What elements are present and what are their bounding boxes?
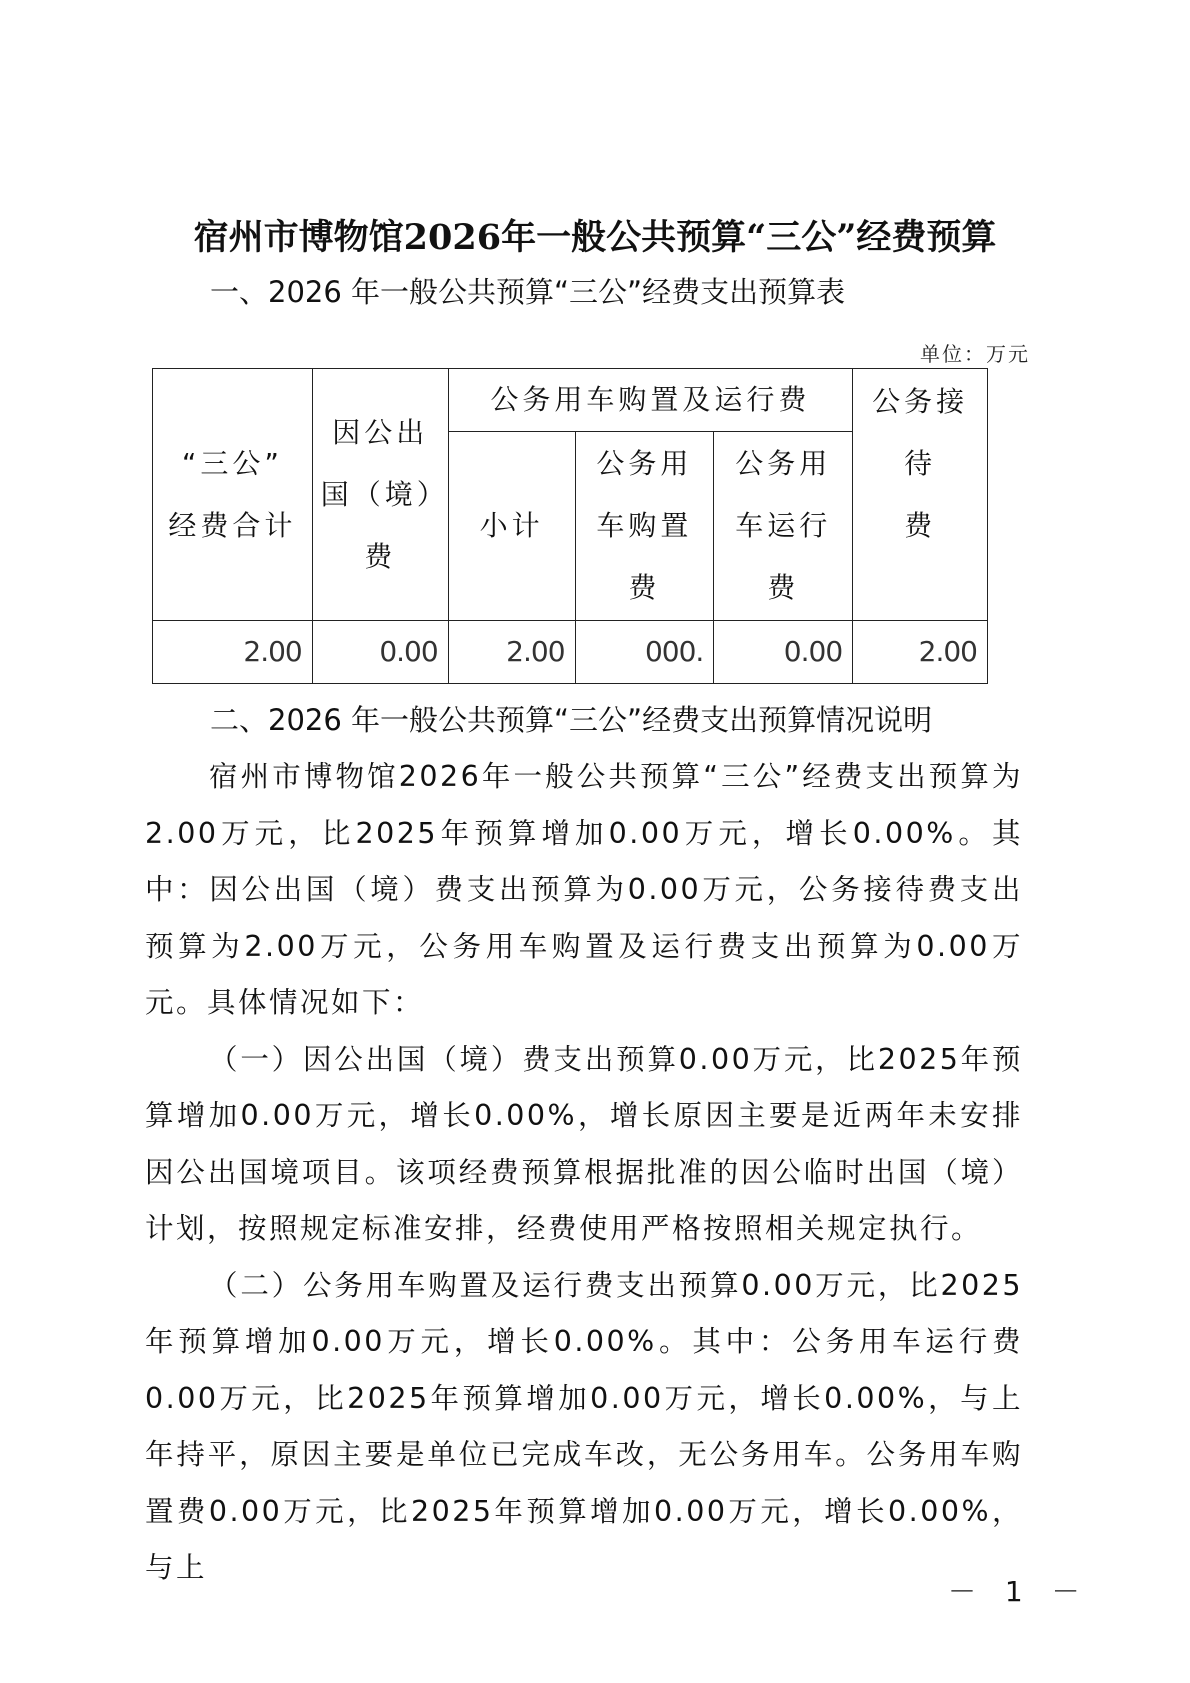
paragraph-summary: 宿州市博物馆2026年一般公共预算“三公”经费支出预算为2.00万元，比2025… <box>145 749 1023 1032</box>
table-row: 2.00 0.00 2.00 000. 0.00 2.00 <box>153 621 988 684</box>
header-vehicle-subtotal: 小计 <box>448 432 575 621</box>
header-vehicle-operation-line1: 公务用 <box>722 433 844 495</box>
header-vehicle-operation-line3: 费 <box>722 557 844 619</box>
header-vehicle-purchase-line3: 费 <box>584 557 706 619</box>
cell-overseas: 0.00 <box>312 621 448 684</box>
header-vehicle-purchase: 公务用 车购置 费 <box>575 432 714 621</box>
header-reception: 公务接待 费 <box>853 369 988 621</box>
page-number: － 1 － <box>948 1570 1090 1610</box>
cell-vehicle-operation: 0.00 <box>714 621 853 684</box>
cell-vehicle-subtotal: 2.00 <box>448 621 575 684</box>
header-total: “三公” 经费合计 <box>153 369 313 621</box>
header-reception-line1: 公务接待 <box>861 371 979 495</box>
paragraph-vehicle: （二）公务用车购置及运行费支出预算0.00万元，比2025年预算增加0.00万元… <box>145 1258 1023 1597</box>
header-total-line2: 经费合计 <box>161 495 304 557</box>
unit-label: 单位：万元 <box>920 338 1030 367</box>
cell-reception: 2.00 <box>853 621 988 684</box>
header-vehicle-group: 公务用车购置及运行费 <box>448 369 852 432</box>
cell-total: 2.00 <box>153 621 313 684</box>
header-vehicle-purchase-line1: 公务用 <box>584 433 706 495</box>
header-total-line1: “三公” <box>161 433 304 495</box>
header-vehicle-operation-line2: 车运行 <box>722 495 844 557</box>
page-title: 宿州市博物馆2026年一般公共预算“三公”经费预算 <box>0 210 1190 260</box>
header-overseas-line2: 国（境） <box>321 464 440 526</box>
paragraph-overseas: （一）因公出国（境）费支出预算0.00万元，比2025年预算增加0.00万元，增… <box>145 1032 1023 1258</box>
header-vehicle-operation: 公务用 车运行 费 <box>714 432 853 621</box>
header-overseas-line3: 费 <box>321 526 440 588</box>
section1-title: 一、2026 年一般公共预算“三公”经费支出预算表 <box>210 270 845 311</box>
three-public-expenses-table: “三公” 经费合计 因公出 国（境） 费 公务用车购置及运行费 公务接待 费 小… <box>152 368 988 684</box>
header-vehicle-purchase-line2: 车购置 <box>584 495 706 557</box>
header-reception-line2: 费 <box>861 495 979 557</box>
section2-title: 二、2026 年一般公共预算“三公”经费支出预算情况说明 <box>210 698 932 739</box>
cell-vehicle-purchase: 000. <box>575 621 714 684</box>
header-overseas: 因公出 国（境） 费 <box>312 369 448 621</box>
header-overseas-line1: 因公出 <box>321 402 440 464</box>
explanation-body: 宿州市博物馆2026年一般公共预算“三公”经费支出预算为2.00万元，比2025… <box>145 749 1023 1597</box>
